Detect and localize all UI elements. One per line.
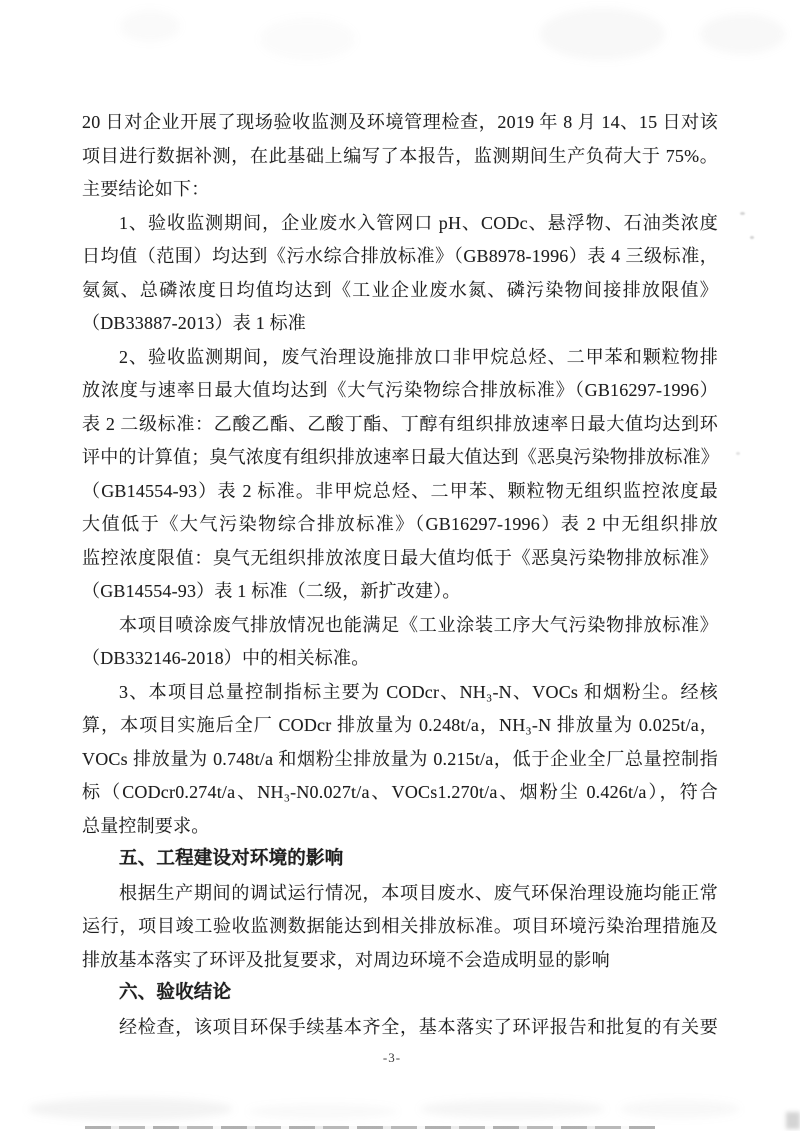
text-line: （DB33887-2013）表 1 标准 xyxy=(82,307,718,341)
page-number: -3- xyxy=(0,1050,784,1066)
scan-noise-top-left xyxy=(120,10,180,42)
scan-speck xyxy=(736,452,740,455)
text-line: 表 2 二级标准：乙酸乙酯、乙酸丁酯、丁醇有组织排放速率日最大值均达到环 xyxy=(82,408,718,442)
text-line: 运行，项目竣工验收监测数据能达到相关排放标准。项目环境污染治理措施及 xyxy=(82,910,718,944)
text-line: 1、验收监测期间，企业废水入管网口 pH、CODc、悬浮物、石油类浓度 xyxy=(82,207,718,241)
text-line: （GB14554-93）表 2 标准。非甲烷总烃、二甲苯、颗粒物无组织监控浓度最 xyxy=(82,475,718,509)
text-line: 项目进行数据补测，在此基础上编写了本报告，监测期间生产负荷大于 75%。 xyxy=(82,140,718,174)
text-line: 20 日对企业开展了现场验收监测及环境管理检查，2019 年 8 月 14、15… xyxy=(82,106,718,140)
text-line: 标（CODcr0.274t/a、NH₃-N0.027t/a、VOCs1.270t… xyxy=(82,776,718,810)
document-page: 20 日对企业开展了现场验收监测及环境管理检查，2019 年 8 月 14、15… xyxy=(0,0,800,1131)
text-line: 排放基本落实了环评及批复要求，对周边环境不会造成明显的影响 xyxy=(82,944,718,978)
scan-noise-bottom-midleft xyxy=(248,1104,398,1119)
text-line: VOCs 排放量为 0.748t/a 和烟粉尘排放量为 0.215t/a，低于企… xyxy=(82,743,718,777)
scan-noise-bottom-right xyxy=(620,1100,740,1118)
scan-noise-bottom-left xyxy=(28,1098,233,1120)
scan-speck xyxy=(740,212,745,215)
scan-noise-top-center xyxy=(540,8,665,60)
heading-section-five: 五、工程建设对环境的影响 xyxy=(82,843,718,877)
scan-noise-top-right xyxy=(700,14,785,54)
text-line: 氨氮、总磷浓度日均值均达到《工业企业废水氮、磷污染物间接排放限值》 xyxy=(82,274,718,308)
text-line: 算，本项目实施后全厂 CODcr 排放量为 0.248t/a，NH₃-N 排放量… xyxy=(82,709,718,743)
text-line: 大值低于《大气污染物综合排放标准》（GB16297-1996）表 2 中无组织排… xyxy=(82,508,718,542)
text-line: 经检查，该项目环保手续基本齐全，基本落实了环评报告和批复的有关要 xyxy=(82,1011,718,1045)
text-line: 日均值（范围）均达到《污水综合排放标准》（GB8978-1996）表 4 三级标… xyxy=(82,240,718,274)
scan-bottom-edge-line xyxy=(85,1126,655,1129)
text-line: 总量控制要求。 xyxy=(82,810,718,844)
text-line: 评中的计算值；臭气浓度有组织排放速率日最大值达到《恶臭污染物排放标准》 xyxy=(82,441,718,475)
document-body: 20 日对企业开展了现场验收监测及环境管理检查，2019 年 8 月 14、15… xyxy=(82,106,718,1044)
heading-section-six: 六、验收结论 xyxy=(82,977,718,1011)
scan-speck xyxy=(750,236,754,239)
scan-noise-bottom-mid xyxy=(420,1100,605,1118)
text-line: 监控浓度限值：臭气无组织排放浓度日最大值均低于《恶臭污染物排放标准》 xyxy=(82,542,718,576)
scan-bottom-right-mark xyxy=(786,1112,800,1129)
text-line: 2、验收监测期间，废气治理设施排放口非甲烷总烃、二甲苯和颗粒物排 xyxy=(82,341,718,375)
text-line: 本项目喷涂废气排放情况也能满足《工业涂装工序大气污染物排放标准》 xyxy=(82,609,718,643)
text-line: （GB14554-93）表 1 标准（二级，新扩改建）。 xyxy=(82,575,718,609)
text-line: （DB332146-2018）中的相关标准。 xyxy=(82,642,718,676)
text-line: 3、本项目总量控制指标主要为 CODcr、NH₃-N、VOCs 和烟粉尘。经核 xyxy=(82,676,718,710)
text-line: 主要结论如下： xyxy=(82,173,718,207)
text-line: 放浓度与速率日最大值均达到《大气污染物综合排放标准》（GB16297-1996） xyxy=(82,374,718,408)
text-line: 根据生产期间的调试运行情况，本项目废水、废气环保治理设施均能正常 xyxy=(82,877,718,911)
scan-noise-top-mid xyxy=(260,18,355,60)
